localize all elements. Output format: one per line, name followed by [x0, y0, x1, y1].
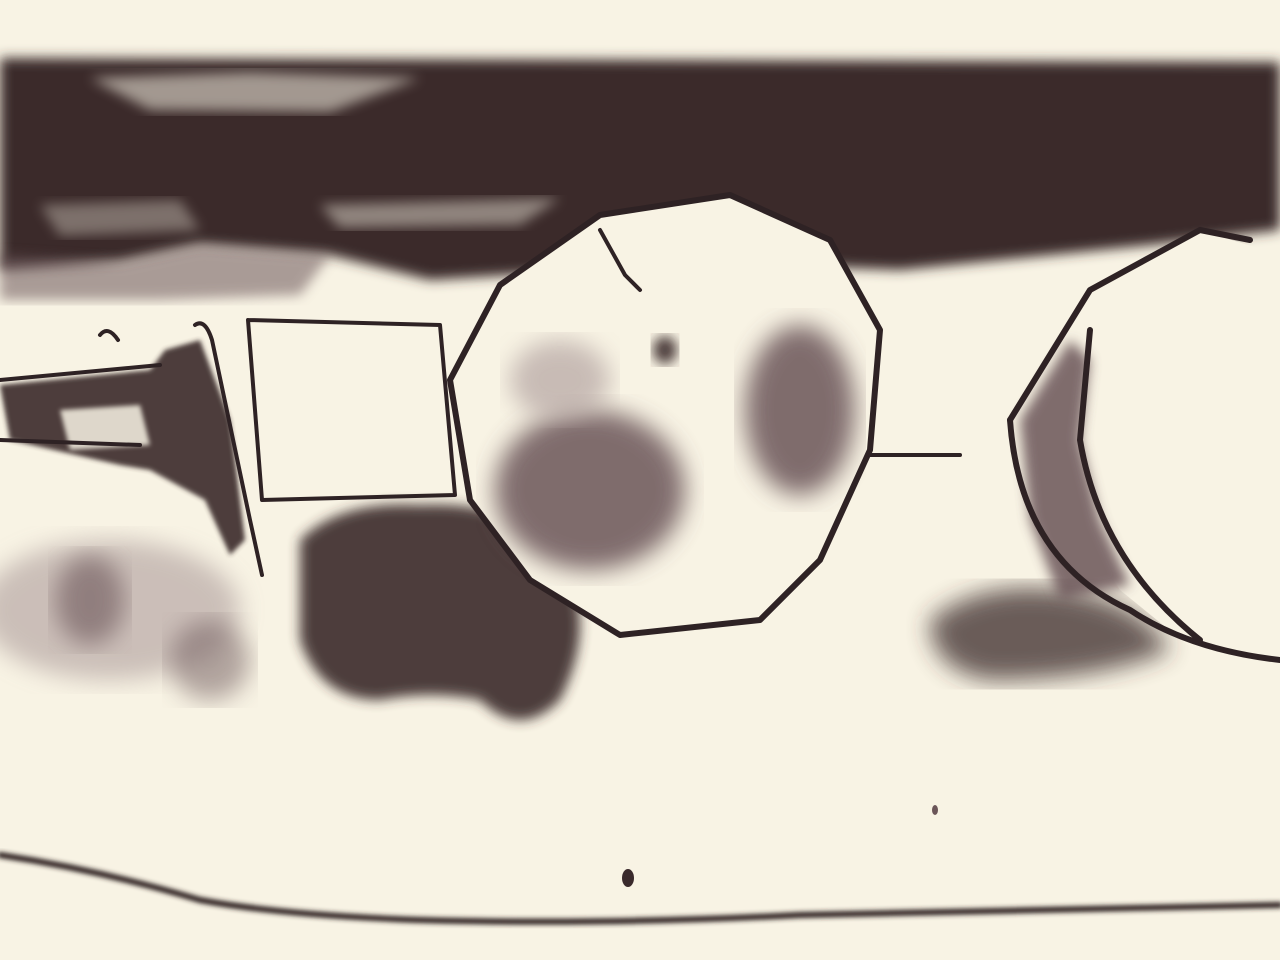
artwork-canvas — [0, 0, 1280, 960]
ink-still-life-print — [0, 0, 1280, 960]
